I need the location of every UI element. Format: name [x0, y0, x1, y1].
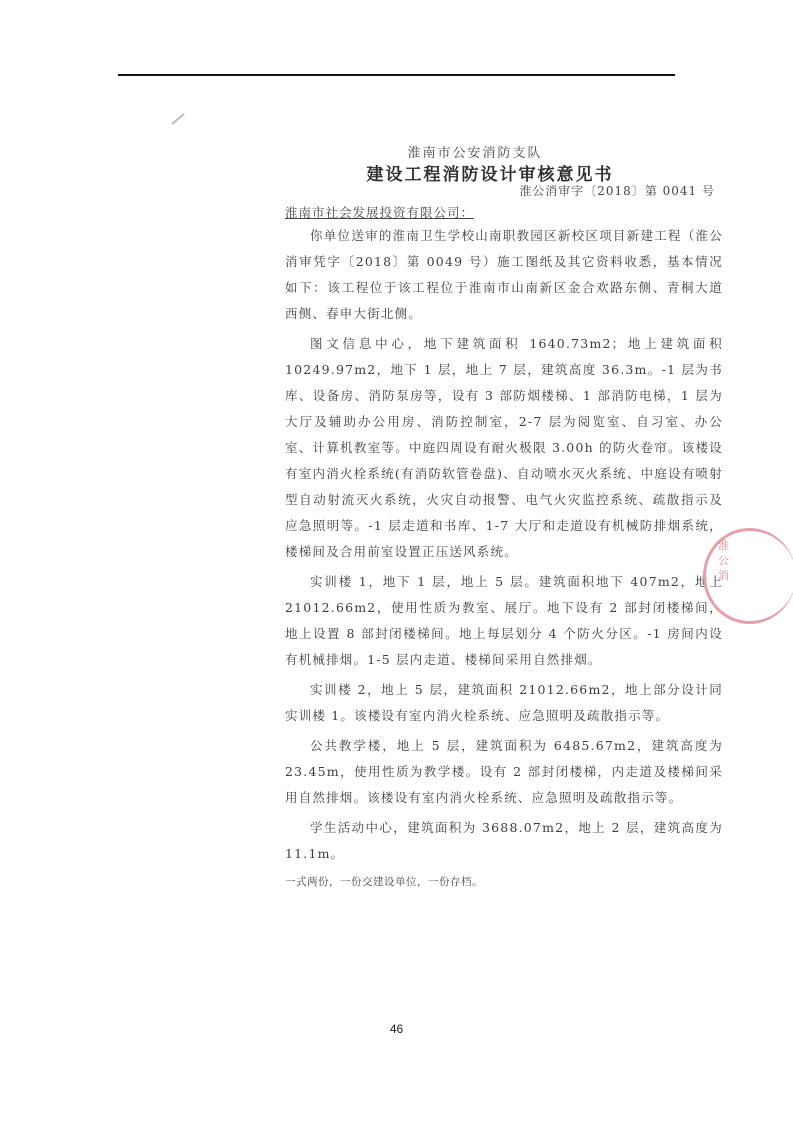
closing-note: 一式两份，一份交建设单位，一份存档。: [285, 869, 723, 895]
paragraph-training-building-2: 实训楼 2，地上 5 层，建筑面积 21012.66m2，地上部分设计同实训楼 …: [285, 677, 723, 729]
scanned-document: 淮南市公安消防支队 建设工程消防设计审核意见书 淮公消审字〔2018〕第 004…: [255, 130, 705, 810]
seal-ring: [703, 528, 793, 624]
paragraph-teaching-building: 公共教学楼，地上 5 层，建筑面积为 6485.67m2，建筑高度为 23.45…: [285, 733, 723, 811]
scan-mark: [171, 113, 185, 125]
header-rule: [118, 74, 675, 76]
paragraph-training-building-1: 实训楼 1，地下 1 层，地上 5 层。建筑面积地下 407m2，地上 2101…: [285, 569, 723, 673]
paragraph-overview: 你单位送审的淮南卫生学校山南职教园区新校区项目新建工程（淮公消审凭字〔2018〕…: [285, 223, 723, 327]
addressee: 淮南市社会发展投资有限公司：: [285, 203, 474, 221]
document-body: 你单位送审的淮南卫生学校山南职教园区新校区项目新建工程（淮公消审凭字〔2018〕…: [285, 223, 723, 895]
paragraph-library-center: 图文信息中心，地下建筑面积 1640.73m2；地上建筑面积 10249.97m…: [285, 331, 723, 565]
issuing-agency: 淮南市公安消防支队: [255, 142, 695, 161]
official-seal: 淮公消: [700, 520, 793, 630]
page-number: 46: [0, 1022, 793, 1036]
seal-text: 淮公消: [718, 538, 732, 583]
document-number: 淮公消审字〔2018〕第 0041 号: [519, 182, 715, 199]
paragraph-student-center: 学生活动中心，建筑面积为 3688.07m2，地上 2 层，建筑高度为 11.1…: [285, 815, 723, 867]
